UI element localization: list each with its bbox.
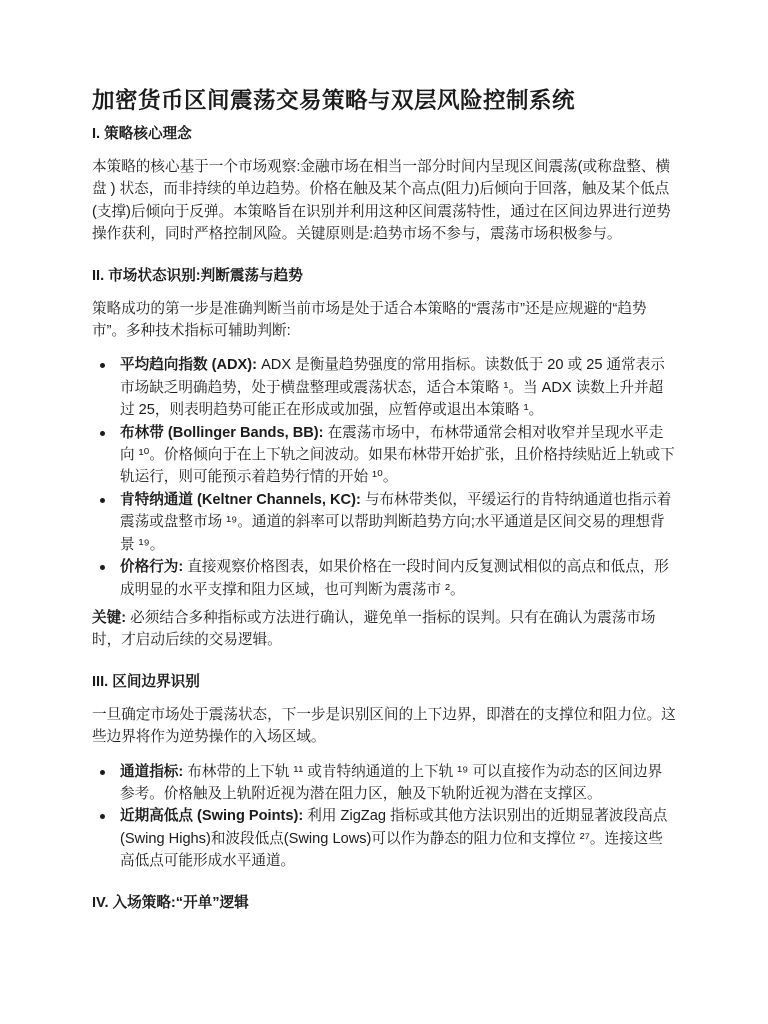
bullet-term: 通道指标:: [120, 764, 183, 780]
section-market-state-intro: 策略成功的第一步是准确判断当前市场是处于适合本策略的“震荡市”还是应规避的“趋势…: [92, 298, 676, 343]
bullet-term: 肯特纳通道 (Keltner Channels, KC):: [120, 492, 361, 508]
document-title: 加密货币区间震荡交易策略与双层风险控制系统: [92, 86, 676, 116]
bullet-text: 直接观察价格图表，如果价格在一段时间内反复测试相似的高点和低点，形成明显的水平支…: [120, 559, 669, 597]
section-heading-entry-strategy: IV. 入场策略:“开单”逻辑: [92, 893, 676, 913]
section-heading-market-state: II. 市场状态识别:判断震荡与趋势: [92, 266, 676, 286]
list-item-swing-points: 近期高低点 (Swing Points): 利用 ZigZag 指标或其他方法识…: [120, 805, 676, 872]
bullet-term: 价格行为:: [120, 559, 183, 575]
list-item-bollinger-bands: 布林带 (Bollinger Bands, BB): 在震荡市场中，布林带通常会…: [120, 422, 676, 489]
document-page: 加密货币区间震荡交易策略与双层风险控制系统 I. 策略核心理念 本策略的核心基于…: [0, 0, 768, 1024]
bullet-term: 布林带 (Bollinger Bands, BB):: [120, 425, 324, 441]
key-note-term: 关键:: [92, 610, 126, 626]
key-note-paragraph: 关键: 必须结合多种指标或方法进行确认，避免单一指标的误判。只有在确认为震荡市场…: [92, 607, 676, 652]
indicator-list: 平均趋向指数 (ADX): ADX 是衡量趋势强度的常用指标。读数低于 20 或…: [92, 354, 676, 600]
section-heading-range-boundaries: III. 区间边界识别: [92, 672, 676, 692]
list-item-keltner-channels: 肯特纳通道 (Keltner Channels, KC): 与布林带类似，平缓运…: [120, 489, 676, 556]
bullet-term: 近期高低点 (Swing Points):: [120, 808, 303, 824]
section-heading-core-concept: I. 策略核心理念: [92, 124, 676, 144]
list-item-channel-indicators: 通道指标: 布林带的上下轨 ¹¹ 或肯特纳通道的上下轨 ¹⁹ 可以直接作为动态的…: [120, 761, 676, 806]
bullet-term: 平均趋向指数 (ADX):: [120, 357, 257, 373]
list-item-price-action: 价格行为: 直接观察价格图表，如果价格在一段时间内反复测试相似的高点和低点，形成…: [120, 556, 676, 601]
boundary-method-list: 通道指标: 布林带的上下轨 ¹¹ 或肯特纳通道的上下轨 ¹⁹ 可以直接作为动态的…: [92, 761, 676, 873]
bullet-text: 布林带的上下轨 ¹¹ 或肯特纳通道的上下轨 ¹⁹ 可以直接作为动态的区间边界参考…: [120, 764, 662, 802]
section-core-concept-paragraph: 本策略的核心基于一个市场观察:金融市场在相当一部分时间内呈现区间震荡(或称盘整、…: [92, 156, 676, 246]
section-range-boundaries-intro: 一旦确定市场处于震荡状态，下一步是识别区间的上下边界，即潜在的支撑位和阻力位。这…: [92, 704, 676, 749]
key-note-text: 必须结合多种指标或方法进行确认，避免单一指标的误判。只有在确认为震荡市场时，才启…: [92, 610, 656, 648]
list-item-adx: 平均趋向指数 (ADX): ADX 是衡量趋势强度的常用指标。读数低于 20 或…: [120, 354, 676, 421]
